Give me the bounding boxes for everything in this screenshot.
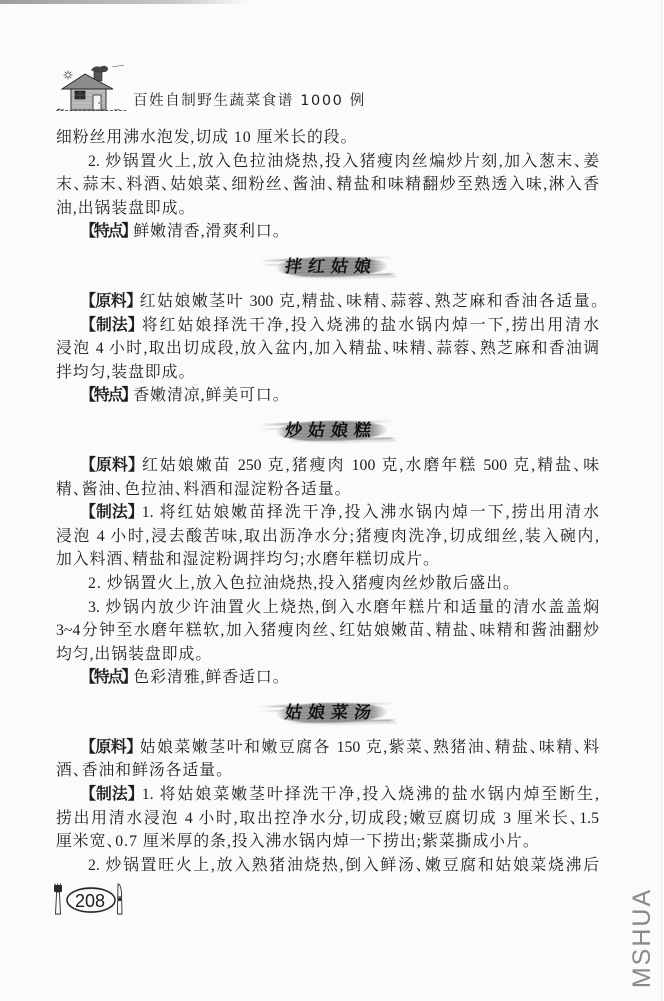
method-text: 2. 炒锅置旺火上,放入熟猪油烧热,倒入鲜汤、嫩豆腐和姑娘菜烧沸后: [88, 857, 599, 874]
text-line: 油,出锅装盘即成。: [56, 197, 599, 221]
text-line: 浸泡 4 小时,浸去酸苦味,取出沥净水分;猪瘦肉洗净,切成细丝,装入碗内,: [56, 525, 599, 549]
features-text: 鲜嫩清香,滑爽利口。: [133, 223, 281, 240]
method-text: 1. 将红姑娘嫩苗择洗干净,投入沸水锅内焯一下,捞出用清水: [142, 504, 599, 521]
ingredients-line: 【原料】姑娘菜嫩茎叶和嫩豆腐各 150 克,紫菜、熟猪油、精盐、味精、料: [56, 736, 599, 760]
features-label: 【特点】: [88, 223, 127, 240]
recipe-title: 炒姑娘糕: [277, 421, 378, 441]
features-line: 【特点】鲜嫩清香,滑爽利口。: [56, 220, 599, 244]
method-text: 厘米宽、0.7 厘米厚的条,投入沸水锅内焯一下捞出;紫菜撕成小片。: [56, 833, 532, 850]
recipe-heading: 姑娘菜汤: [56, 690, 599, 736]
text-line: 末、蒜末、料酒、姑娘菜、细粉丝、酱油、精盐和味精翻炒至熟透入味,淋入香: [56, 173, 599, 197]
method-text: 1. 将姑娘菜嫩茎叶择洗干净,投入烧沸的盐水锅内焯至断生,: [142, 786, 599, 803]
text-line: 3~4分钟至水磨年糕软,加入猪瘦肉丝、红姑娘嫩苗、精盐、味精和酱油翻炒: [56, 619, 599, 643]
watermark-text: MSHUA: [628, 883, 656, 993]
method-line: 【制法】将红姑娘择洗干净,投入烧沸的盐水锅内焯一下,捞出用清水: [56, 314, 599, 338]
ingredients-text: 酒、香油和鲜汤各适量。: [56, 762, 225, 779]
recipe-title: 拌红姑娘: [277, 257, 378, 277]
method-label: 【制法】: [88, 786, 136, 803]
recipe-title: 姑娘菜汤: [277, 703, 378, 723]
features-line: 【特点】香嫩清凉,鲜美可口。: [56, 384, 599, 408]
text-line: 拌均匀,装盘即成。: [56, 361, 599, 385]
recipe-heading: 拌红姑娘: [56, 244, 599, 290]
scan-page-edge: [661, 0, 662, 1001]
method-continuation: 细粉丝用沸水泡发,切成 10 厘米长的段。: [56, 129, 350, 146]
knife-icon: [118, 884, 123, 914]
ingredients-text: 姑娘菜嫩茎叶和嫩豆腐各 150 克,紫菜、熟猪油、精盐、味精、料: [140, 739, 599, 756]
method-step: 末、蒜末、料酒、姑娘菜、细粉丝、酱油、精盐和味精翻炒至熟透入味,淋入香: [56, 176, 599, 193]
ingredients-text: 红姑娘嫩苗 250 克,猪瘦肉 100 克,水磨年糕 500 克,精盐、味: [142, 457, 599, 474]
method-text: 浸泡 4 小时,浸去酸苦味,取出沥净水分;猪瘦肉洗净,切成细丝,装入碗内,: [56, 528, 599, 545]
method-text: 浸泡 4 小时,取出切成段,放入盆内,加入精盐、味精、蒜蓉、熟芝麻和香油调: [56, 340, 599, 357]
method-text: 拌均匀,装盘即成。: [56, 364, 187, 381]
method-text: 捞出用清水浸泡 4 小时,取出控净水分,切成段;嫩豆腐切成 3 厘米长、1.5: [56, 810, 599, 827]
ingredients-line: 【原料】红姑娘嫩苗 250 克,猪瘦肉 100 克,水磨年糕 500 克,精盐、…: [56, 454, 599, 478]
fork-icon: [54, 884, 62, 915]
running-header-book-title: 百姓自制野生蔬菜食谱 1000 例: [133, 91, 366, 111]
page-body: 细粉丝用沸水泡发,切成 10 厘米长的段。 2. 炒锅置火上,放入色拉油烧热,投…: [56, 126, 599, 877]
text-line: 加入料酒、精盐和湿淀粉调拌均匀;水磨年糕切成片。: [56, 548, 599, 572]
scan-edge-shadow: [0, 0, 250, 4]
ingredients-text: 精、酱油、色拉油、料酒和湿淀粉各适量。: [56, 481, 344, 498]
method-text: 2. 炒锅置火上,放入色拉油烧热,投入猪瘦肉丝炒散后盛出。: [88, 575, 512, 592]
method-step: 油,出锅装盘即成。: [56, 200, 187, 217]
method-step: 2. 炒锅置火上,放入色拉油烧热,投入猪瘦肉丝煸炒片刻,加入葱末、姜: [88, 153, 599, 170]
features-text: 色彩清雅,鲜香适口。: [133, 669, 281, 686]
method-text: 3. 炒锅内放少许油置火上烧热,倒入水磨年糕片和适量的清水盖盖焖: [88, 599, 599, 616]
ingredients-label: 【原料】: [88, 739, 134, 756]
text-line: 浸泡 4 小时,取出切成段,放入盆内,加入精盐、味精、蒜蓉、熟芝麻和香油调: [56, 337, 599, 361]
recipe-heading: 炒姑娘糕: [56, 408, 599, 454]
text-line: 细粉丝用沸水泡发,切成 10 厘米长的段。: [56, 126, 599, 150]
text-line: 厘米宽、0.7 厘米厚的条,投入沸水锅内焯一下捞出;紫菜撕成小片。: [56, 830, 599, 854]
features-text: 香嫩清凉,鲜美可口。: [133, 387, 281, 404]
page-number: 208: [67, 891, 113, 911]
method-line: 【制法】1. 将姑娘菜嫩茎叶择洗干净,投入烧沸的盐水锅内焯至断生,: [56, 783, 599, 807]
features-line: 【特点】色彩清雅,鲜香适口。: [56, 666, 599, 690]
ingredients-line: 【原料】红姑娘嫩茎叶 300 克,精盐、味精、蒜蓉、熟芝麻和香油各适量。: [56, 290, 599, 314]
text-line: 捞出用清水浸泡 4 小时,取出控净水分,切成段;嫩豆腐切成 3 厘米长、1.5: [56, 807, 599, 831]
text-line: 精、酱油、色拉油、料酒和湿淀粉各适量。: [56, 478, 599, 502]
method-line: 【制法】1. 将红姑娘嫩苗择洗干净,投入沸水锅内焯一下,捞出用清水: [56, 501, 599, 525]
method-label: 【制法】: [88, 317, 136, 334]
method-step-line: 3. 炒锅内放少许油置火上烧热,倒入水磨年糕片和适量的清水盖盖焖: [56, 596, 599, 620]
features-label: 【特点】: [88, 669, 127, 686]
text-line: 酒、香油和鲜汤各适量。: [56, 759, 599, 783]
method-text: 3~4分钟至水磨年糕软,加入猪瘦肉丝、红姑娘嫩苗、精盐、味精和酱油翻炒: [56, 622, 599, 639]
features-label: 【特点】: [88, 387, 127, 404]
method-step-line: 2. 炒锅置火上,放入色拉油烧热,投入猪瘦肉丝炒散后盛出。: [56, 572, 599, 596]
text-line: 2. 炒锅置火上,放入色拉油烧热,投入猪瘦肉丝煸炒片刻,加入葱末、姜: [56, 150, 599, 174]
ingredients-label: 【原料】: [88, 457, 136, 474]
ingredients-text: 红姑娘嫩茎叶 300 克,精盐、味精、蒜蓉、熟芝麻和香油各适量。: [140, 293, 599, 310]
method-text: 将红姑娘择洗干净,投入烧沸的盐水锅内焯一下,捞出用清水: [142, 317, 599, 334]
text-line: 均匀,出锅装盘即成。: [56, 643, 599, 667]
house-icon: [50, 60, 130, 120]
method-step-line: 2. 炒锅置旺火上,放入熟猪油烧热,倒入鲜汤、嫩豆腐和姑娘菜烧沸后: [56, 854, 599, 878]
method-text: 加入料酒、精盐和湿淀粉调拌均匀;水磨年糕切成片。: [56, 551, 432, 568]
method-text: 均匀,出锅装盘即成。: [56, 646, 204, 663]
method-label: 【制法】: [88, 504, 136, 521]
ingredients-label: 【原料】: [88, 293, 134, 310]
